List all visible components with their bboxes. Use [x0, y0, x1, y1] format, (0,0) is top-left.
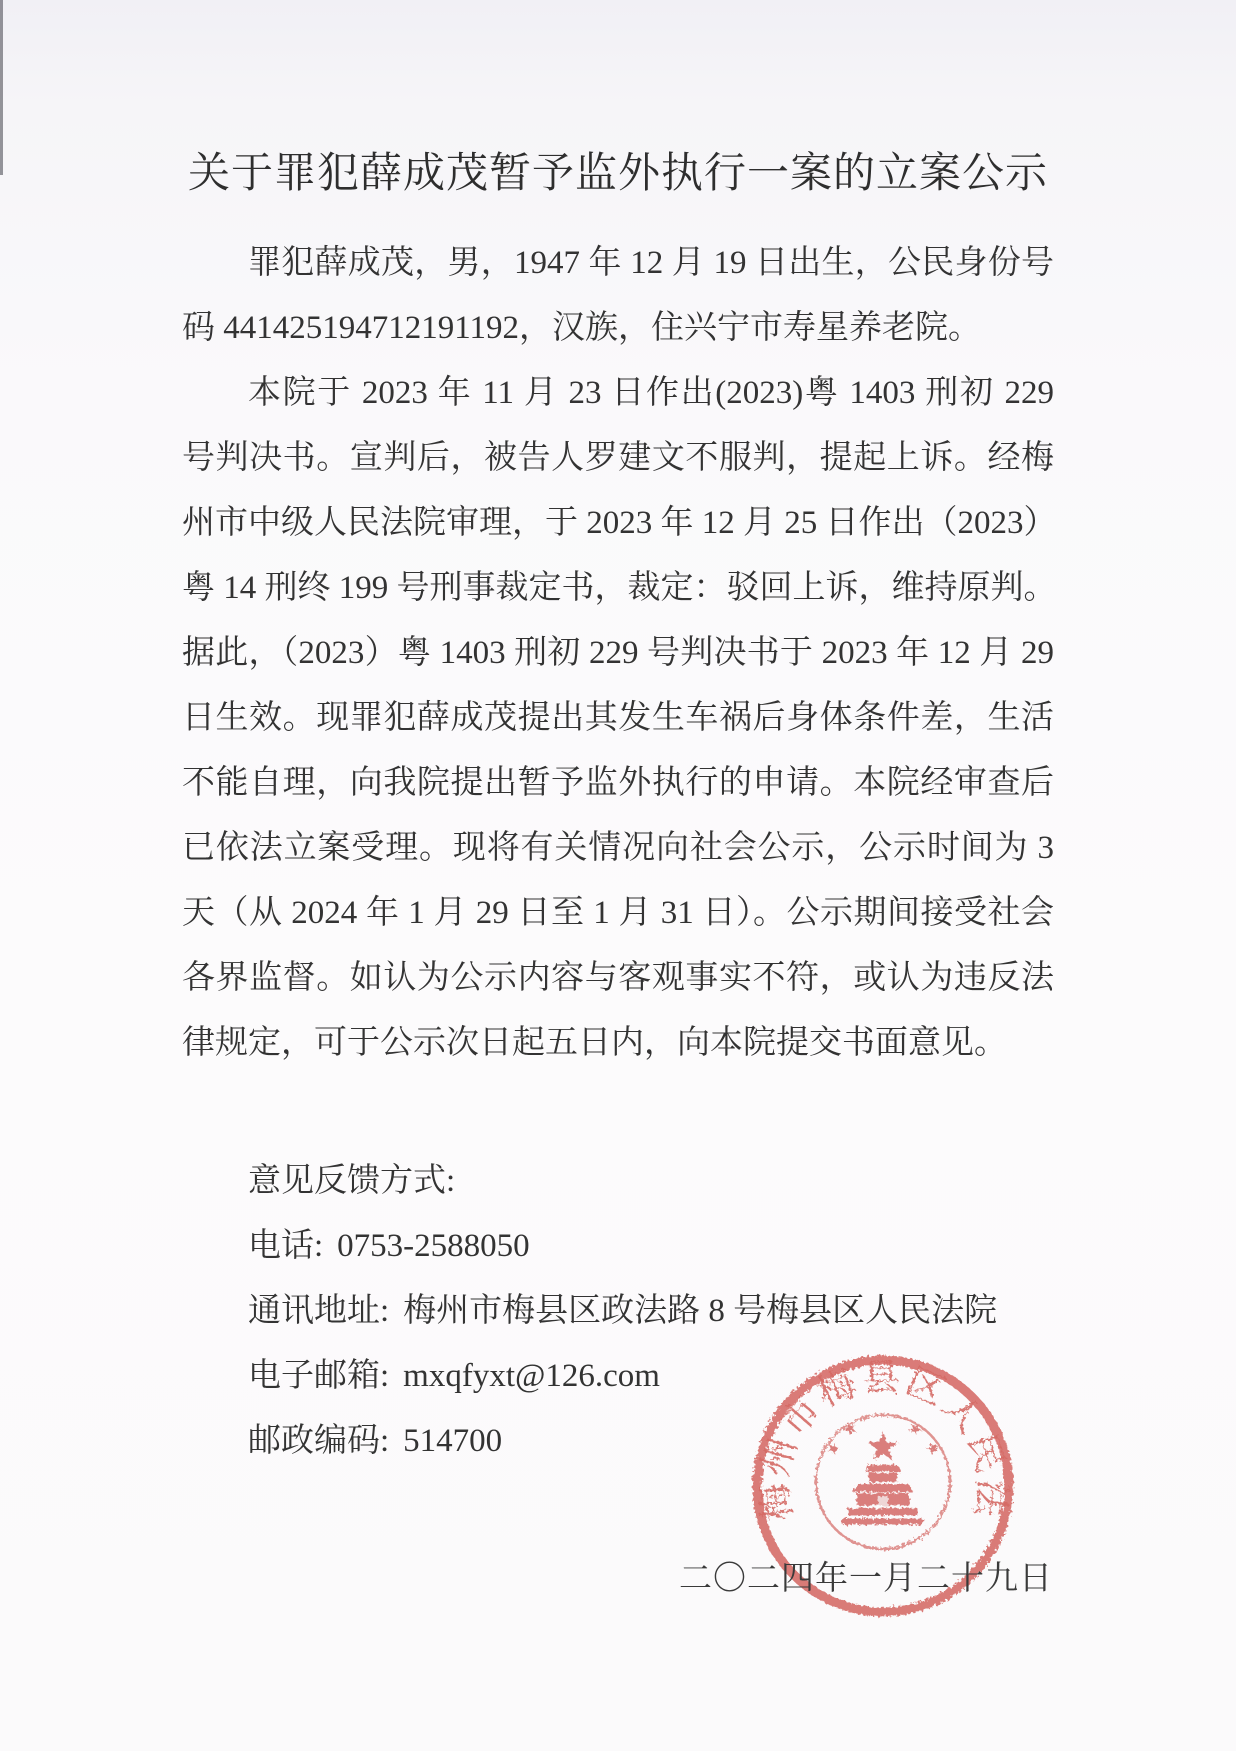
email-label: 电子邮箱:	[248, 1358, 389, 1394]
text-line: 律规定，可于公示次日起五日内，向本院提交书面意见。	[182, 1011, 1054, 1076]
text-line: 本院于 2023 年 11 月 23 日作出(2023)粤 1403 刑初 22…	[182, 361, 1054, 426]
email-value: mxqfyxt@126.com	[403, 1358, 660, 1394]
document-body: 罪犯薛成茂，男，1947 年 12 月 19 日出生，公民身份号码 441425…	[182, 231, 1054, 1076]
address-value: 梅州市梅县区政法路 8 号梅县区人民法院	[403, 1293, 997, 1329]
paragraph-case-details: 本院于 2023 年 11 月 23 日作出(2023)粤 1403 刑初 22…	[182, 361, 1054, 1076]
postcode-label: 邮政编码:	[248, 1423, 389, 1459]
text-line: 不能自理，向我院提出暂予监外执行的申请。本院经审查后	[182, 751, 1054, 816]
national-emblem-icon	[816, 1415, 950, 1549]
text-line: 各界监督。如认为公示内容与客观事实不符，或认为违反法	[182, 946, 1054, 1011]
text-line: 粤 14 刑终 199 号刑事裁定书，裁定：驳回上诉，维持原判。	[182, 556, 1054, 621]
phone-label: 电话:	[248, 1228, 323, 1264]
phone-value: 0753-2588050	[337, 1228, 530, 1264]
issue-date: 二〇二四年一月二十九日	[679, 1552, 1053, 1599]
text-line: 码 441425194712191192，汉族，住兴宁市寿星养老院。	[182, 296, 1054, 361]
small-star-icon	[825, 1440, 841, 1456]
text-line: 州市中级人民法院审理，于 2023 年 12 月 25 日作出（2023）	[182, 491, 1054, 556]
document-page: 关于罪犯薛成茂暂予监外执行一案的立案公示 罪犯薛成茂，男，1947 年 12 月…	[0, 0, 1236, 1751]
address-label: 通讯地址:	[248, 1293, 389, 1329]
text-line: 日生效。现罪犯薛成茂提出其发生车祸后身体条件差，生活	[182, 686, 1054, 751]
contact-heading: 意见反馈方式:	[182, 1149, 1054, 1214]
postcode-value: 514700	[403, 1423, 502, 1459]
tiananmen-icon	[842, 1465, 923, 1525]
text-line: 天（从 2024 年 1 月 29 日至 1 月 31 日）。公示期间接受社会	[182, 881, 1054, 946]
contact-line-phone: 电话:0753-2588050	[182, 1214, 1054, 1279]
text-line: 已依法立案受理。现将有关情况向社会公示，公示时间为 3	[182, 816, 1054, 881]
text-line: 据此，（2023）粤 1403 刑初 229 号判决书于 2023 年 12 月…	[182, 621, 1054, 686]
scan-edge-artifact	[0, 0, 3, 175]
text-line: 号判决书。宣判后，被告人罗建文不服判，提起上诉。经梅	[182, 426, 1054, 491]
big-star-icon	[868, 1431, 899, 1460]
contact-line-address: 通讯地址:梅州市梅县区政法路 8 号梅县区人民法院	[182, 1279, 1054, 1344]
document-title: 关于罪犯薛成茂暂予监外执行一案的立案公示	[0, 150, 1236, 198]
paragraph-defendant-info: 罪犯薛成茂，男，1947 年 12 月 19 日出生，公民身份号码 441425…	[182, 231, 1054, 361]
text-line: 罪犯薛成茂，男，1947 年 12 月 19 日出生，公民身份号	[182, 231, 1054, 296]
small-star-icon	[925, 1440, 941, 1456]
